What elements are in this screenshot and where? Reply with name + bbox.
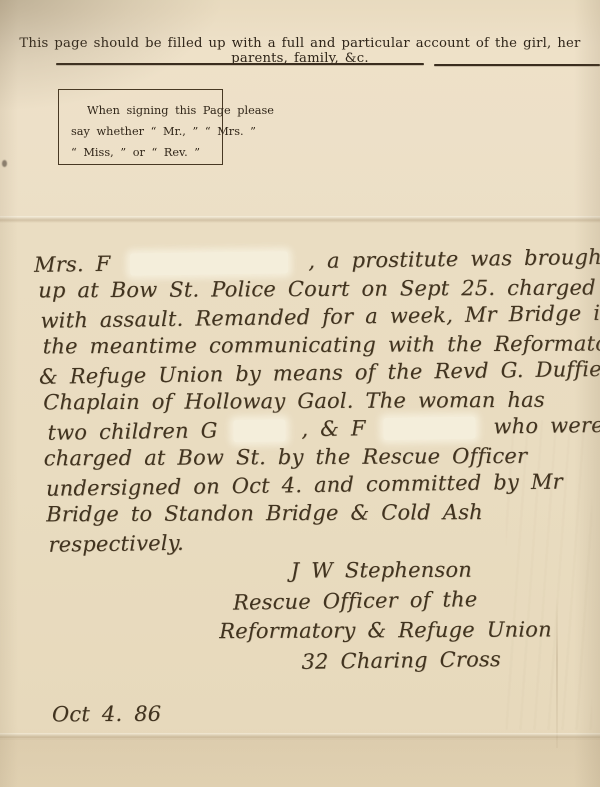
left-edge-shadow	[0, 0, 18, 787]
redacted-surname	[130, 251, 288, 275]
signing-note-line-1: When signing this Page please	[71, 100, 210, 121]
letter-line-1-suffix: , a prostitute was brought	[308, 245, 600, 273]
fold-crease-bottom	[0, 733, 600, 740]
redacted-child-name-1	[233, 419, 285, 442]
handwritten-letter: Mrs. F , a prostitute was brought up at …	[30, 247, 590, 732]
letter-line-1-prefix: Mrs. F	[34, 252, 111, 277]
printed-header-instruction: This page should be filled up with a ful…	[0, 36, 600, 66]
signature-title-2: Reformatory & Refuge Union	[219, 617, 589, 647]
redacted-child-name-2	[383, 417, 475, 440]
signing-note-box: When signing this Page please say whethe…	[58, 89, 223, 165]
letter-page: This page should be filled up with a ful…	[0, 0, 600, 787]
letter-line-11: respectively.	[48, 525, 588, 561]
letter-line-7a: two children G	[47, 418, 217, 444]
letter-line-7c: who were	[493, 413, 600, 439]
lower-fold-panel	[0, 739, 600, 787]
letter-line-7b: , & F	[301, 416, 366, 441]
header-rule-segment-right	[434, 64, 600, 66]
signing-note-line-3: “ Miss, ” or “ Rev. ”	[71, 142, 210, 163]
fold-crease-top	[0, 216, 600, 223]
signature-title-1: Rescue Officer of the	[233, 586, 589, 619]
letter-date: Oct 4. 86	[52, 700, 590, 731]
header-rule-segment-left	[56, 63, 424, 65]
signing-note-line-2: say whether “ Mr., ” “ Mrs. ”	[71, 121, 210, 142]
paper-blemish	[2, 160, 7, 167]
header-rule	[56, 63, 600, 66]
signature-name: J W Stephenson	[291, 557, 589, 587]
signature-address: 32 Charing Cross	[301, 646, 589, 678]
